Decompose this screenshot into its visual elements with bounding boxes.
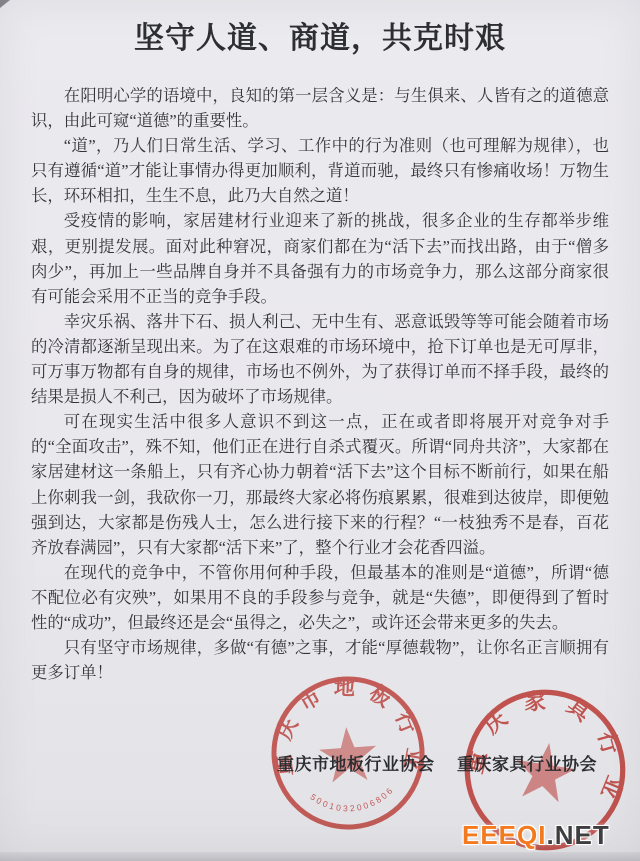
signature-furniture-association: 重庆家具行业协会	[457, 750, 597, 775]
letter-title: 坚守人道、商道，共克时艰	[0, 13, 640, 57]
watermark-dot: .	[546, 820, 554, 850]
watermark-tld: NET	[555, 820, 610, 850]
seal-ring-text: 重庆家具行业协会	[449, 674, 640, 820]
paragraph-3: 受疫情的影响，家居建材行业迎来了新的挑战，很多企业的生存都举步维艰，更别提发展。…	[31, 208, 609, 308]
watermark-brand: EEEQI	[462, 820, 546, 850]
letter-body: 在阳明心学的语境中，良知的第一层含义是：与生俱来、人皆有之的道德意识，由此可窥“…	[31, 83, 609, 685]
svg-text:重庆家具行业协会: 重庆家具行业协会	[449, 674, 640, 820]
scanned-letter-page: 坚守人道、商道，共克时艰 在阳明心学的语境中，良知的第一层含义是：与生俱来、人皆…	[0, 0, 640, 861]
seal-code: 5001032006806	[308, 784, 398, 817]
site-watermark: EEEQI.NET	[462, 820, 610, 851]
paragraph-4: 幸灾乐祸、落井下石、损人利己、无中生有、恶意诋毁等等可能会随着市场的冷清都逐渐呈…	[31, 309, 609, 409]
signature-floor-association: 重庆市地板行业协会	[277, 750, 435, 775]
paragraph-2: “道”，乃人们日常生活、学习、工作中的行为准则（也可理解为规律），也只有遵循“道…	[31, 133, 609, 208]
scan-corner-artifact	[0, 0, 10, 8]
paragraph-5: 可在现实生活中很多人意识不到这一点，正在或者即将展开对竞争对手的“全面攻击”，殊…	[31, 409, 609, 560]
paragraph-1: 在阳明心学的语境中，良知的第一层含义是：与生俱来、人皆有之的道德意识，由此可窥“…	[31, 83, 609, 133]
paragraph-6: 在现代的竞争中，不管你用何种手段，但最基本的准则是“道德”，所谓“德不配位必有灾…	[31, 560, 609, 635]
svg-text:5001032006806: 5001032006806	[308, 784, 398, 817]
